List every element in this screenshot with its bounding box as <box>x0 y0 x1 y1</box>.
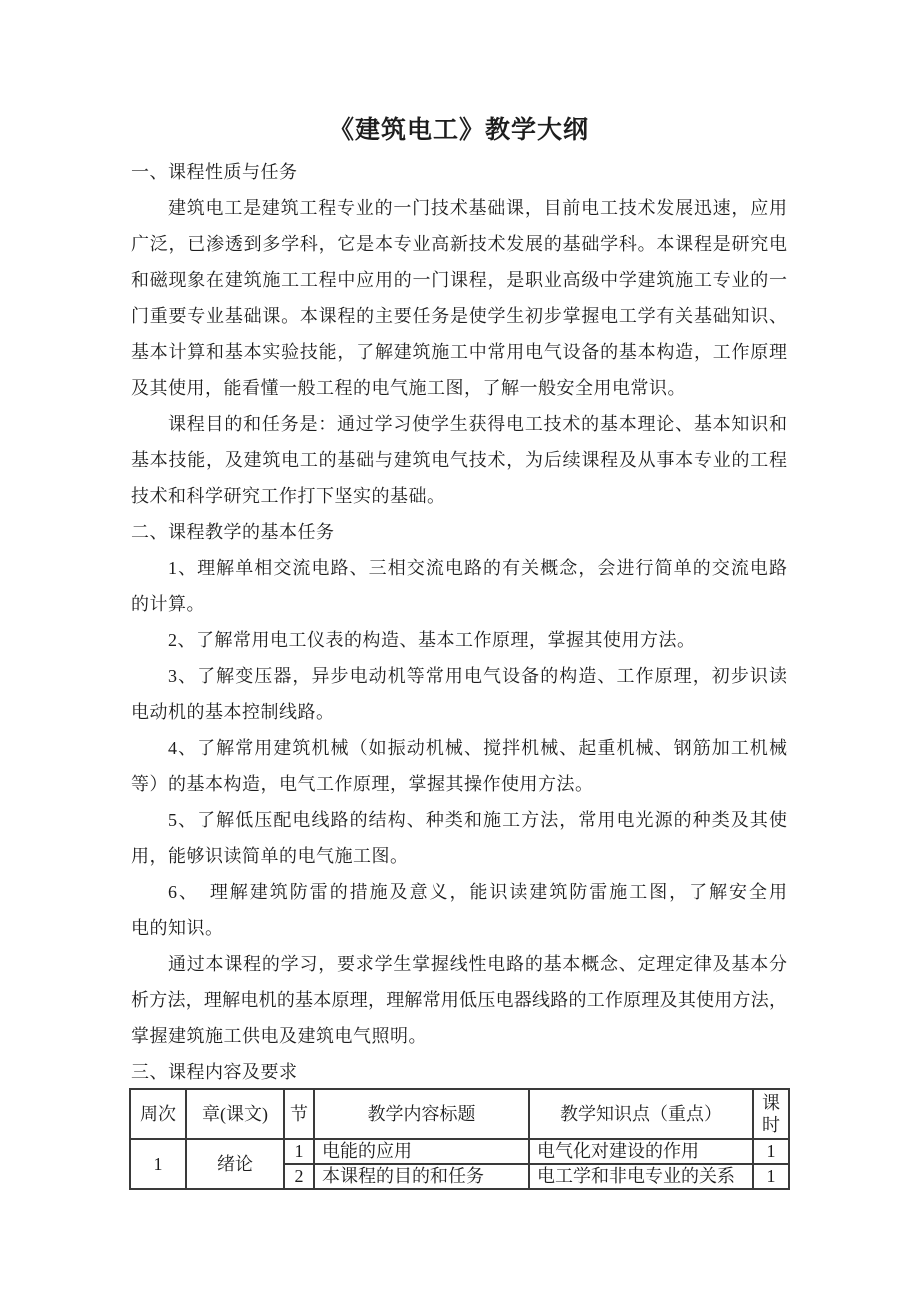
body-line: 的计算。 <box>131 586 787 622</box>
body-line: 建筑电工是建筑工程专业的一门技术基础课，目前电工技术发展迅速，应用 <box>131 190 787 226</box>
body-line: 4、了解常用建筑机械（如振动机械、搅拌机械、起重机械、钢筋加工机械 <box>131 730 787 766</box>
document-page: 《建筑电工》教学大纲 一、课程性质与任务 建筑电工是建筑工程专业的一门技术基础课… <box>0 0 920 1302</box>
document-body: 一、课程性质与任务 建筑电工是建筑工程专业的一门技术基础课，目前电工技术发展迅速… <box>131 154 787 1090</box>
body-line: 和磁现象在建筑施工工程中应用的一门课程，是职业高级中学建筑施工专业的一 <box>131 262 787 298</box>
header-hours: 课时 <box>753 1089 789 1139</box>
body-line: 课程目的和任务是：通过学习使学生获得电工技术的基本理论、基本知识和 <box>131 406 787 442</box>
cell-section: 2 <box>284 1164 314 1189</box>
cell-section: 1 <box>284 1139 314 1164</box>
cell-points: 电气化对建设的作用 <box>529 1139 753 1164</box>
cell-topic: 电能的应用 <box>314 1139 529 1164</box>
section-heading-1: 一、课程性质与任务 <box>131 154 787 190</box>
cell-points: 电工学和非电专业的关系 <box>529 1164 753 1189</box>
body-line: 5、了解低压配电线路的结构、种类和施工方法，常用电光源的种类及其使 <box>131 802 787 838</box>
header-section: 节 <box>284 1089 314 1139</box>
body-line: 电动机的基本控制线路。 <box>131 694 787 730</box>
body-line: 等）的基本构造，电气工作原理，掌握其操作使用方法。 <box>131 766 787 802</box>
cell-hours: 1 <box>753 1164 789 1189</box>
header-chapter: 章(课文) <box>186 1089 284 1139</box>
header-points: 教学知识点（重点） <box>529 1089 753 1139</box>
body-line: 技术和科学研究工作打下坚实的基础。 <box>131 478 787 514</box>
body-line: 3、了解变压器，异步电动机等常用电气设备的构造、工作原理，初步识读 <box>131 658 787 694</box>
cell-hours: 1 <box>753 1139 789 1164</box>
table-header-row: 周次 章(课文) 节 教学内容标题 教学知识点（重点） 课时 <box>130 1089 789 1139</box>
body-line: 电的知识。 <box>131 910 787 946</box>
body-line: 及其使用，能看懂一般工程的电气施工图，了解一般安全用电常识。 <box>131 370 787 406</box>
body-line: 基本技能，及建筑电工的基础与建筑电气技术，为后续课程及从事本专业的工程 <box>131 442 787 478</box>
header-topic: 教学内容标题 <box>314 1089 529 1139</box>
header-week: 周次 <box>130 1089 186 1139</box>
body-line: 1、理解单相交流电路、三相交流电路的有关概念，会进行简单的交流电路 <box>131 550 787 586</box>
cell-topic: 本课程的目的和任务 <box>314 1164 529 1189</box>
body-line: 广泛，已渗透到多学科，它是本专业高新技术发展的基础学科。本课程是研究电 <box>131 226 787 262</box>
cell-week: 1 <box>130 1139 186 1189</box>
body-line: 2、了解常用电工仪表的构造、基本工作原理，掌握其使用方法。 <box>131 622 787 658</box>
cell-chapter: 绪论 <box>186 1139 284 1189</box>
section-heading-2: 二、课程教学的基本任务 <box>131 514 787 550</box>
body-line: 基本计算和基本实验技能，了解建筑施工中常用电气设备的基本构造，工作原理 <box>131 334 787 370</box>
body-line: 析方法，理解电机的基本原理，理解常用低压电器线路的工作原理及其使用方法， <box>131 982 787 1018</box>
body-line: 掌握建筑施工供电及建筑电气照明。 <box>131 1018 787 1054</box>
syllabus-table: 周次 章(课文) 节 教学内容标题 教学知识点（重点） 课时 1 绪论 1 电能… <box>129 1088 790 1190</box>
body-line: 门重要专业基础课。本课程的主要任务是使学生初步掌握电工学有关基础知识、 <box>131 298 787 334</box>
table-row: 1 绪论 1 电能的应用 电气化对建设的作用 1 <box>130 1139 789 1164</box>
body-line: 通过本课程的学习，要求学生掌握线性电路的基本概念、定理定律及基本分 <box>131 946 787 982</box>
document-title: 《建筑电工》教学大纲 <box>131 112 787 150</box>
section-heading-3: 三、课程内容及要求 <box>131 1054 787 1090</box>
body-line: 6、 理解建筑防雷的措施及意义，能识读建筑防雷施工图，了解安全用 <box>131 874 787 910</box>
body-line: 用，能够识读简单的电气施工图。 <box>131 838 787 874</box>
header-hours-label: 课时 <box>761 1092 781 1136</box>
